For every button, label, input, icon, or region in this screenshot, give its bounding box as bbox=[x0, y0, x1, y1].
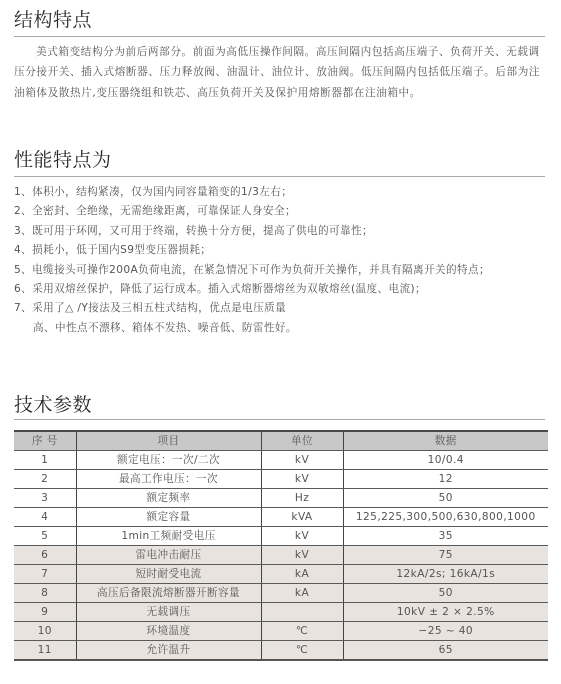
cell-no: 3 bbox=[14, 489, 76, 508]
section-divider bbox=[14, 176, 545, 177]
cell-item: 额定容量 bbox=[76, 508, 261, 527]
cell-no: 8 bbox=[14, 584, 76, 603]
cell-unit: ℃ bbox=[261, 641, 343, 661]
table-header-row: 序 号 项目 单位 数据 bbox=[14, 431, 548, 451]
cell-unit: kV bbox=[261, 470, 343, 489]
column-header-item: 项目 bbox=[76, 431, 261, 451]
list-item: 5、电缆接头可操作200A负荷电流，在紧急情况下可作为负荷开关操作，并具有隔离开… bbox=[14, 261, 548, 280]
cell-unit bbox=[261, 603, 343, 622]
cell-unit: kA bbox=[261, 584, 343, 603]
performance-feature-list: 1、体积小，结构紧凑，仅为国内同容量箱变的1/3左右； 2、全密封、全绝缘，无需… bbox=[14, 183, 548, 338]
list-item: 6、采用双熔丝保护，降低了运行成本。插入式熔断器熔丝为双敏熔丝(温度、电流)； bbox=[14, 280, 548, 299]
cell-item: 允许温升 bbox=[76, 641, 261, 661]
cell-item: 最高工作电压：一次 bbox=[76, 470, 261, 489]
cell-value: −25 ~ 40 bbox=[343, 622, 548, 641]
column-header-no: 序 号 bbox=[14, 431, 76, 451]
cell-value: 65 bbox=[343, 641, 548, 661]
list-item: 4、损耗小，低于国内S9型变压器损耗； bbox=[14, 241, 548, 260]
cell-no: 4 bbox=[14, 508, 76, 527]
table-row: 11 允许温升 ℃ 65 bbox=[14, 641, 548, 661]
column-header-unit: 单位 bbox=[261, 431, 343, 451]
list-item-continuation: 高、中性点不漂移、箱体不发热、噪音低、防雷性好。 bbox=[14, 319, 548, 338]
table-row: 6 雷电冲击耐压 kV 75 bbox=[14, 546, 548, 565]
table-row: 1 额定电压：一次/二次 kV 10/0.4 bbox=[14, 451, 548, 470]
table-row: 7 短时耐受电流 kA 12kA/2s; 16kA/1s bbox=[14, 565, 548, 584]
section-title-technical: 技术参数 bbox=[14, 394, 92, 416]
cell-item: 额定频率 bbox=[76, 489, 261, 508]
technical-parameters-table: 序 号 项目 单位 数据 1 额定电压：一次/二次 kV 10/0.4 2 最高… bbox=[14, 430, 548, 661]
cell-value: 75 bbox=[343, 546, 548, 565]
list-item: 7、采用了△ /Y接法及三相五柱式结构，优点是电压质量 bbox=[14, 299, 548, 318]
cell-item: 1min工频耐受电压 bbox=[76, 527, 261, 546]
list-item: 1、体积小，结构紧凑，仅为国内同容量箱变的1/3左右； bbox=[14, 183, 548, 202]
cell-unit: kA bbox=[261, 565, 343, 584]
cell-value: 10kV ± 2 × 2.5% bbox=[343, 603, 548, 622]
cell-no: 7 bbox=[14, 565, 76, 584]
cell-unit: kV bbox=[261, 527, 343, 546]
cell-no: 1 bbox=[14, 451, 76, 470]
cell-unit: Hz bbox=[261, 489, 343, 508]
section-title-structure: 结构特点 bbox=[14, 9, 92, 31]
cell-value: 125,225,300,500,630,800,1000 bbox=[343, 508, 548, 527]
table-row: 10 环境温度 ℃ −25 ~ 40 bbox=[14, 622, 548, 641]
table-row: 2 最高工作电压：一次 kV 12 bbox=[14, 470, 548, 489]
cell-value: 12 bbox=[343, 470, 548, 489]
list-item: 2、全密封、全绝缘，无需绝缘距离，可靠保证人身安全； bbox=[14, 202, 548, 221]
cell-no: 9 bbox=[14, 603, 76, 622]
section-divider bbox=[14, 419, 545, 420]
list-item: 3、既可用于环网，又可用于终端，转换十分方便，提高了供电的可靠性； bbox=[14, 222, 548, 241]
cell-item: 短时耐受电流 bbox=[76, 565, 261, 584]
cell-no: 6 bbox=[14, 546, 76, 565]
cell-no: 11 bbox=[14, 641, 76, 661]
cell-no: 10 bbox=[14, 622, 76, 641]
column-header-value: 数据 bbox=[343, 431, 548, 451]
cell-unit: kVA bbox=[261, 508, 343, 527]
cell-value: 35 bbox=[343, 527, 548, 546]
cell-item: 额定电压：一次/二次 bbox=[76, 451, 261, 470]
table-row: 9 无载调压 10kV ± 2 × 2.5% bbox=[14, 603, 548, 622]
cell-item: 雷电冲击耐压 bbox=[76, 546, 261, 565]
cell-item: 无载调压 bbox=[76, 603, 261, 622]
table-row: 4 额定容量 kVA 125,225,300,500,630,800,1000 bbox=[14, 508, 548, 527]
cell-value: 10/0.4 bbox=[343, 451, 548, 470]
cell-no: 2 bbox=[14, 470, 76, 489]
cell-value: 12kA/2s; 16kA/1s bbox=[343, 565, 548, 584]
cell-item: 高压后备限流熔断器开断容量 bbox=[76, 584, 261, 603]
table-row: 3 额定频率 Hz 50 bbox=[14, 489, 548, 508]
section-title-performance: 性能特点为 bbox=[14, 149, 112, 171]
cell-unit: kV bbox=[261, 451, 343, 470]
cell-no: 5 bbox=[14, 527, 76, 546]
table-row: 8 高压后备限流熔断器开断容量 kA 50 bbox=[14, 584, 548, 603]
cell-item: 环境温度 bbox=[76, 622, 261, 641]
section-divider bbox=[14, 36, 545, 37]
structure-paragraph: 美式箱变结构分为前后两部分。前面为高低压操作间隔。高压间隔内包括高压端子、负荷开… bbox=[14, 42, 548, 103]
table-row: 5 1min工频耐受电压 kV 35 bbox=[14, 527, 548, 546]
cell-unit: kV bbox=[261, 546, 343, 565]
cell-value: 50 bbox=[343, 489, 548, 508]
cell-unit: ℃ bbox=[261, 622, 343, 641]
cell-value: 50 bbox=[343, 584, 548, 603]
